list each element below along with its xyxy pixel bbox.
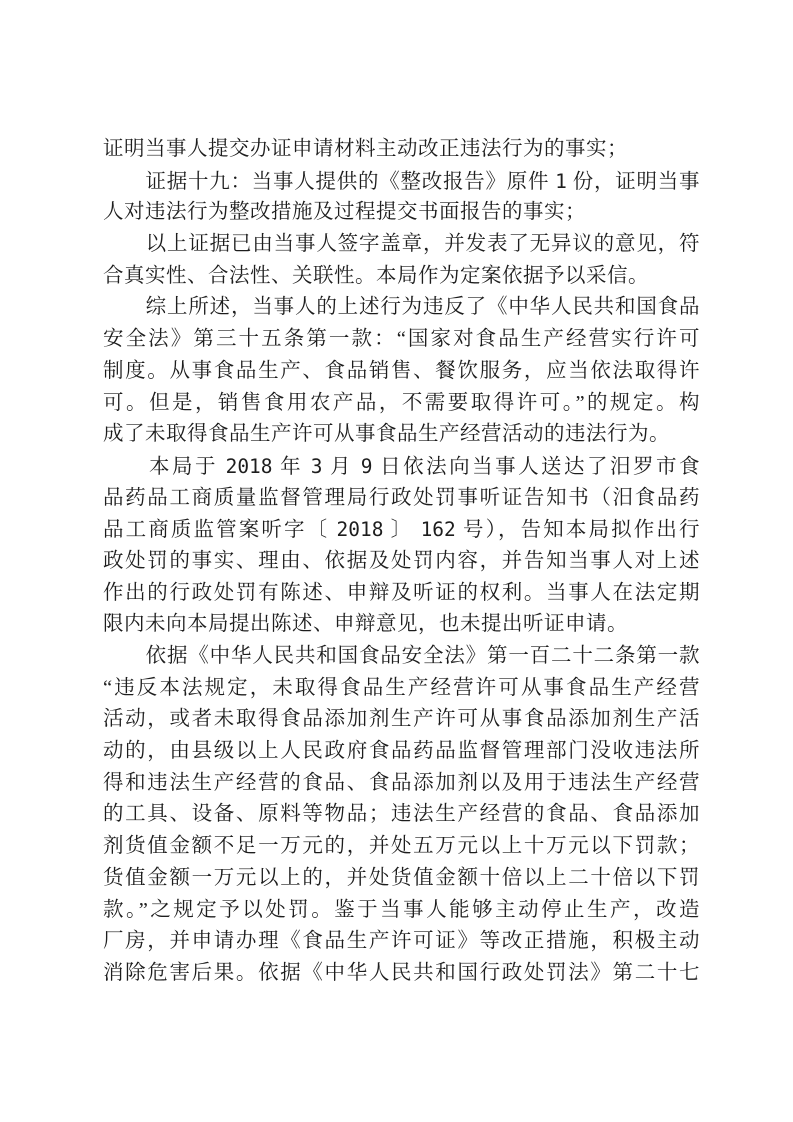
text-line: 制度。从事食品生产、食品销售、餐饮服务，应当依法取得许 — [103, 356, 700, 388]
text-run: 品工商质监管案听字〔 — [103, 519, 337, 541]
text-line: 人对违法行为整改措施及过程提交书面报告的事实； — [103, 197, 700, 229]
text-line: 动的，由县级以上人民政府食品药品监督管理部门没收违法所 — [103, 736, 700, 768]
text-run: 可。但是，销售食用农产品，不需要取得许可。”的规定。构 — [103, 392, 700, 414]
text-line: 依据《中华人民共和国食品安全法》第一百二十二条第一款 — [103, 641, 700, 673]
text-line: 品药品工商质量监督管理局行政处罚事听证告知书（汨食品药 — [103, 483, 700, 515]
text-line: 厂房，并申请办理《食品生产许可证》等改正措施，积极主动 — [103, 926, 700, 958]
text-line: 可。但是，销售食用农产品，不需要取得许可。”的规定。构 — [103, 388, 700, 420]
text-line: 以上证据已由当事人签字盖章，并发表了无异议的意见，符 — [103, 229, 700, 261]
text-run: 本局于 — [103, 456, 226, 478]
text-run: 政处罚的事实、理由、依据及处罚内容，并告知当事人对上述 — [103, 550, 700, 572]
text-run: 厂房，并申请办理《食品生产许可证》等改正措施，积极主动 — [103, 930, 700, 952]
text-run: 月 — [322, 456, 360, 478]
text-line: 活动，或者未取得食品添加剂生产许可从事食品添加剂生产活 — [103, 704, 700, 736]
text-run: 号），告知本局拟作出行 — [456, 519, 700, 541]
text-run: 货值金额一万元以上的，并处货值金额十倍以上二十倍以下罚 — [103, 867, 700, 889]
text-run: 人对违法行为整改措施及过程提交书面报告的事实； — [103, 201, 586, 223]
text-line: 的工具、设备、原料等物品；违法生产经营的食品、食品添加 — [103, 799, 700, 831]
text-run: 成了未取得食品生产许可从事食品生产经营活动的违法行为。 — [103, 423, 670, 445]
text-run: 作出的行政处罚有陈述、申辩及听证的权利。当事人在法定期 — [103, 582, 700, 604]
text-run: 以上证据已由当事人签字盖章，并发表了无异议的意见，符 — [103, 233, 700, 255]
text-run: 日依法向当事人送达了汨罗市食 — [372, 456, 700, 478]
text-run: 得和违法生产经营的食品、食品添加剂以及用于违法生产经营 — [103, 772, 700, 794]
text-line: 得和违法生产经营的食品、食品添加剂以及用于违法生产经营 — [103, 768, 700, 800]
numeric-run: 9 — [361, 455, 373, 478]
text-line: 证明当事人提交办证申请材料主动改正违法行为的事实； — [103, 134, 700, 166]
numeric-run: 2018 — [226, 455, 273, 478]
text-run: 依据《中华人民共和国食品安全法》第一百二十二条第一款 — [103, 645, 700, 667]
text-run: 证据十九：当事人提供的《整改报告》原件 — [103, 171, 555, 193]
text-run: 份，证明当事 — [567, 171, 700, 193]
text-run: 消除危害后果。依据《中华人民共和国行政处罚法》第二十七 — [103, 962, 700, 984]
text-run: 合真实性、合法性、关联性。本局作为定案依据予以采信。 — [103, 265, 649, 287]
text-run: 限内未向本局提出陈述、申辩意见，也未提出听证申请。 — [103, 613, 628, 635]
text-line: 款。”之规定予以处罚。鉴于当事人能够主动停止生产，改造 — [103, 895, 700, 927]
text-line: 证据十九：当事人提供的《整改报告》原件 1 份，证明当事 — [103, 166, 700, 198]
text-run: 的工具、设备、原料等物品；违法生产经营的食品、食品添加 — [103, 803, 700, 825]
text-run: 证明当事人提交办证申请材料主动改正违法行为的事实； — [103, 138, 628, 160]
text-run: 活动，或者未取得食品添加剂生产许可从事食品添加剂生产活 — [103, 708, 700, 730]
text-line: 安全法》第三十五条第一款：“国家对食品生产经营实行许可 — [103, 324, 700, 356]
numeric-run: 1 — [555, 170, 567, 193]
text-line: “违反本法规定，未取得食品生产经营许可从事食品生产经营 — [103, 673, 700, 705]
text-line: 合真实性、合法性、关联性。本局作为定案依据予以采信。 — [103, 261, 700, 293]
text-run: “违反本法规定，未取得食品生产经营许可从事食品生产经营 — [103, 677, 700, 699]
document-text-block: 证明当事人提交办证申请材料主动改正违法行为的事实； 证据十九：当事人提供的《整改… — [103, 134, 700, 990]
text-line: 限内未向本局提出陈述、申辩意见，也未提出听证申请。 — [103, 609, 700, 641]
text-run: 年 — [273, 456, 311, 478]
text-line: 消除危害后果。依据《中华人民共和国行政处罚法》第二十七 — [103, 958, 700, 990]
text-run: 剂货值金额不足一万元的，并处五万元以上十万元以下罚款； — [103, 835, 700, 857]
text-line: 成了未取得食品生产许可从事食品生产经营活动的违法行为。 — [103, 419, 700, 451]
text-line: 作出的行政处罚有陈述、申辩及听证的权利。当事人在法定期 — [103, 578, 700, 610]
text-run: 〕 — [383, 519, 420, 541]
text-line: 本局于 2018 年 3 月 9 日依法向当事人送达了汨罗市食 — [103, 451, 700, 483]
text-run: 制度。从事食品生产、食品销售、餐饮服务，应当依法取得许 — [103, 360, 700, 382]
text-line: 货值金额一万元以上的，并处货值金额十倍以上二十倍以下罚 — [103, 863, 700, 895]
numeric-run: 2018 — [337, 518, 384, 541]
text-run: 款。”之规定予以处罚。鉴于当事人能够主动停止生产，改造 — [103, 899, 700, 921]
numeric-run: 3 — [311, 455, 323, 478]
text-line: 剂货值金额不足一万元的，并处五万元以上十万元以下罚款； — [103, 831, 700, 863]
numeric-run: 162 — [421, 518, 456, 541]
text-run: 品药品工商质量监督管理局行政处罚事听证告知书（汨食品药 — [103, 487, 700, 509]
document-page: 证明当事人提交办证申请材料主动改正违法行为的事实； 证据十九：当事人提供的《整改… — [0, 0, 793, 1122]
text-line: 综上所述，当事人的上述行为违反了《中华人民共和国食品 — [103, 292, 700, 324]
text-line: 政处罚的事实、理由、依据及处罚内容，并告知当事人对上述 — [103, 546, 700, 578]
text-run: 安全法》第三十五条第一款：“国家对食品生产经营实行许可 — [103, 328, 700, 350]
text-run: 动的，由县级以上人民政府食品药品监督管理部门没收违法所 — [103, 740, 700, 762]
text-line: 品工商质监管案听字〔 2018 〕 162 号），告知本局拟作出行 — [103, 514, 700, 546]
text-run: 综上所述，当事人的上述行为违反了《中华人民共和国食品 — [103, 296, 700, 318]
